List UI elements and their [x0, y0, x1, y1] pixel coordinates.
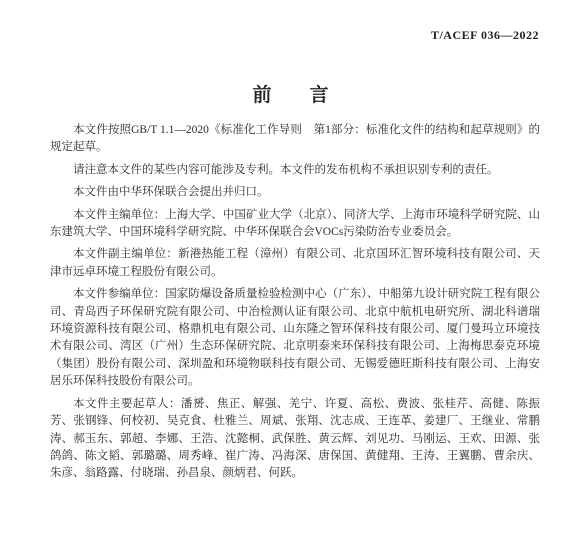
- paragraph-drafting-basis: 本文件按照GB/T 1.1—2020《标准化工作导则 第1部分：标准化文件的结构…: [50, 122, 540, 157]
- paragraph-participating-units: 本文件参编单位：国家防爆设备质量检验检测中心（广东）、中船第九设计研究院工程有限…: [50, 286, 540, 390]
- page-title: 前 言: [0, 80, 581, 107]
- paragraph-chief-editing-units: 本文件主编单位：上海大学、中国矿业大学（北京）、同济大学、上海市环境科学研究院、…: [50, 207, 540, 242]
- document-page: T/ACEF 036—2022 前 言 本文件按照GB/T 1.1—2020《标…: [0, 0, 581, 539]
- paragraph-patent-notice: 请注意本文件的某些内容可能涉及专利。本文件的发布机构不承担识别专利的责任。: [50, 162, 540, 179]
- paragraph-deputy-editing-units: 本文件副主编单位：新港热能工程（漳州）有限公司、北京国环汇智环境科技有限公司、天…: [50, 246, 540, 281]
- preface-body: 本文件按照GB/T 1.1—2020《标准化工作导则 第1部分：标准化文件的结构…: [50, 122, 540, 488]
- paragraph-main-drafters: 本文件主要起草人：潘赟、焦正、解强、羌宁、许夏、高松、费波、张桂芹、高健、陈振芳…: [50, 396, 540, 483]
- standard-code: T/ACEF 036—2022: [40, 28, 539, 43]
- paragraph-proposing-body: 本文件由中华环保联合会提出并归口。: [50, 184, 540, 201]
